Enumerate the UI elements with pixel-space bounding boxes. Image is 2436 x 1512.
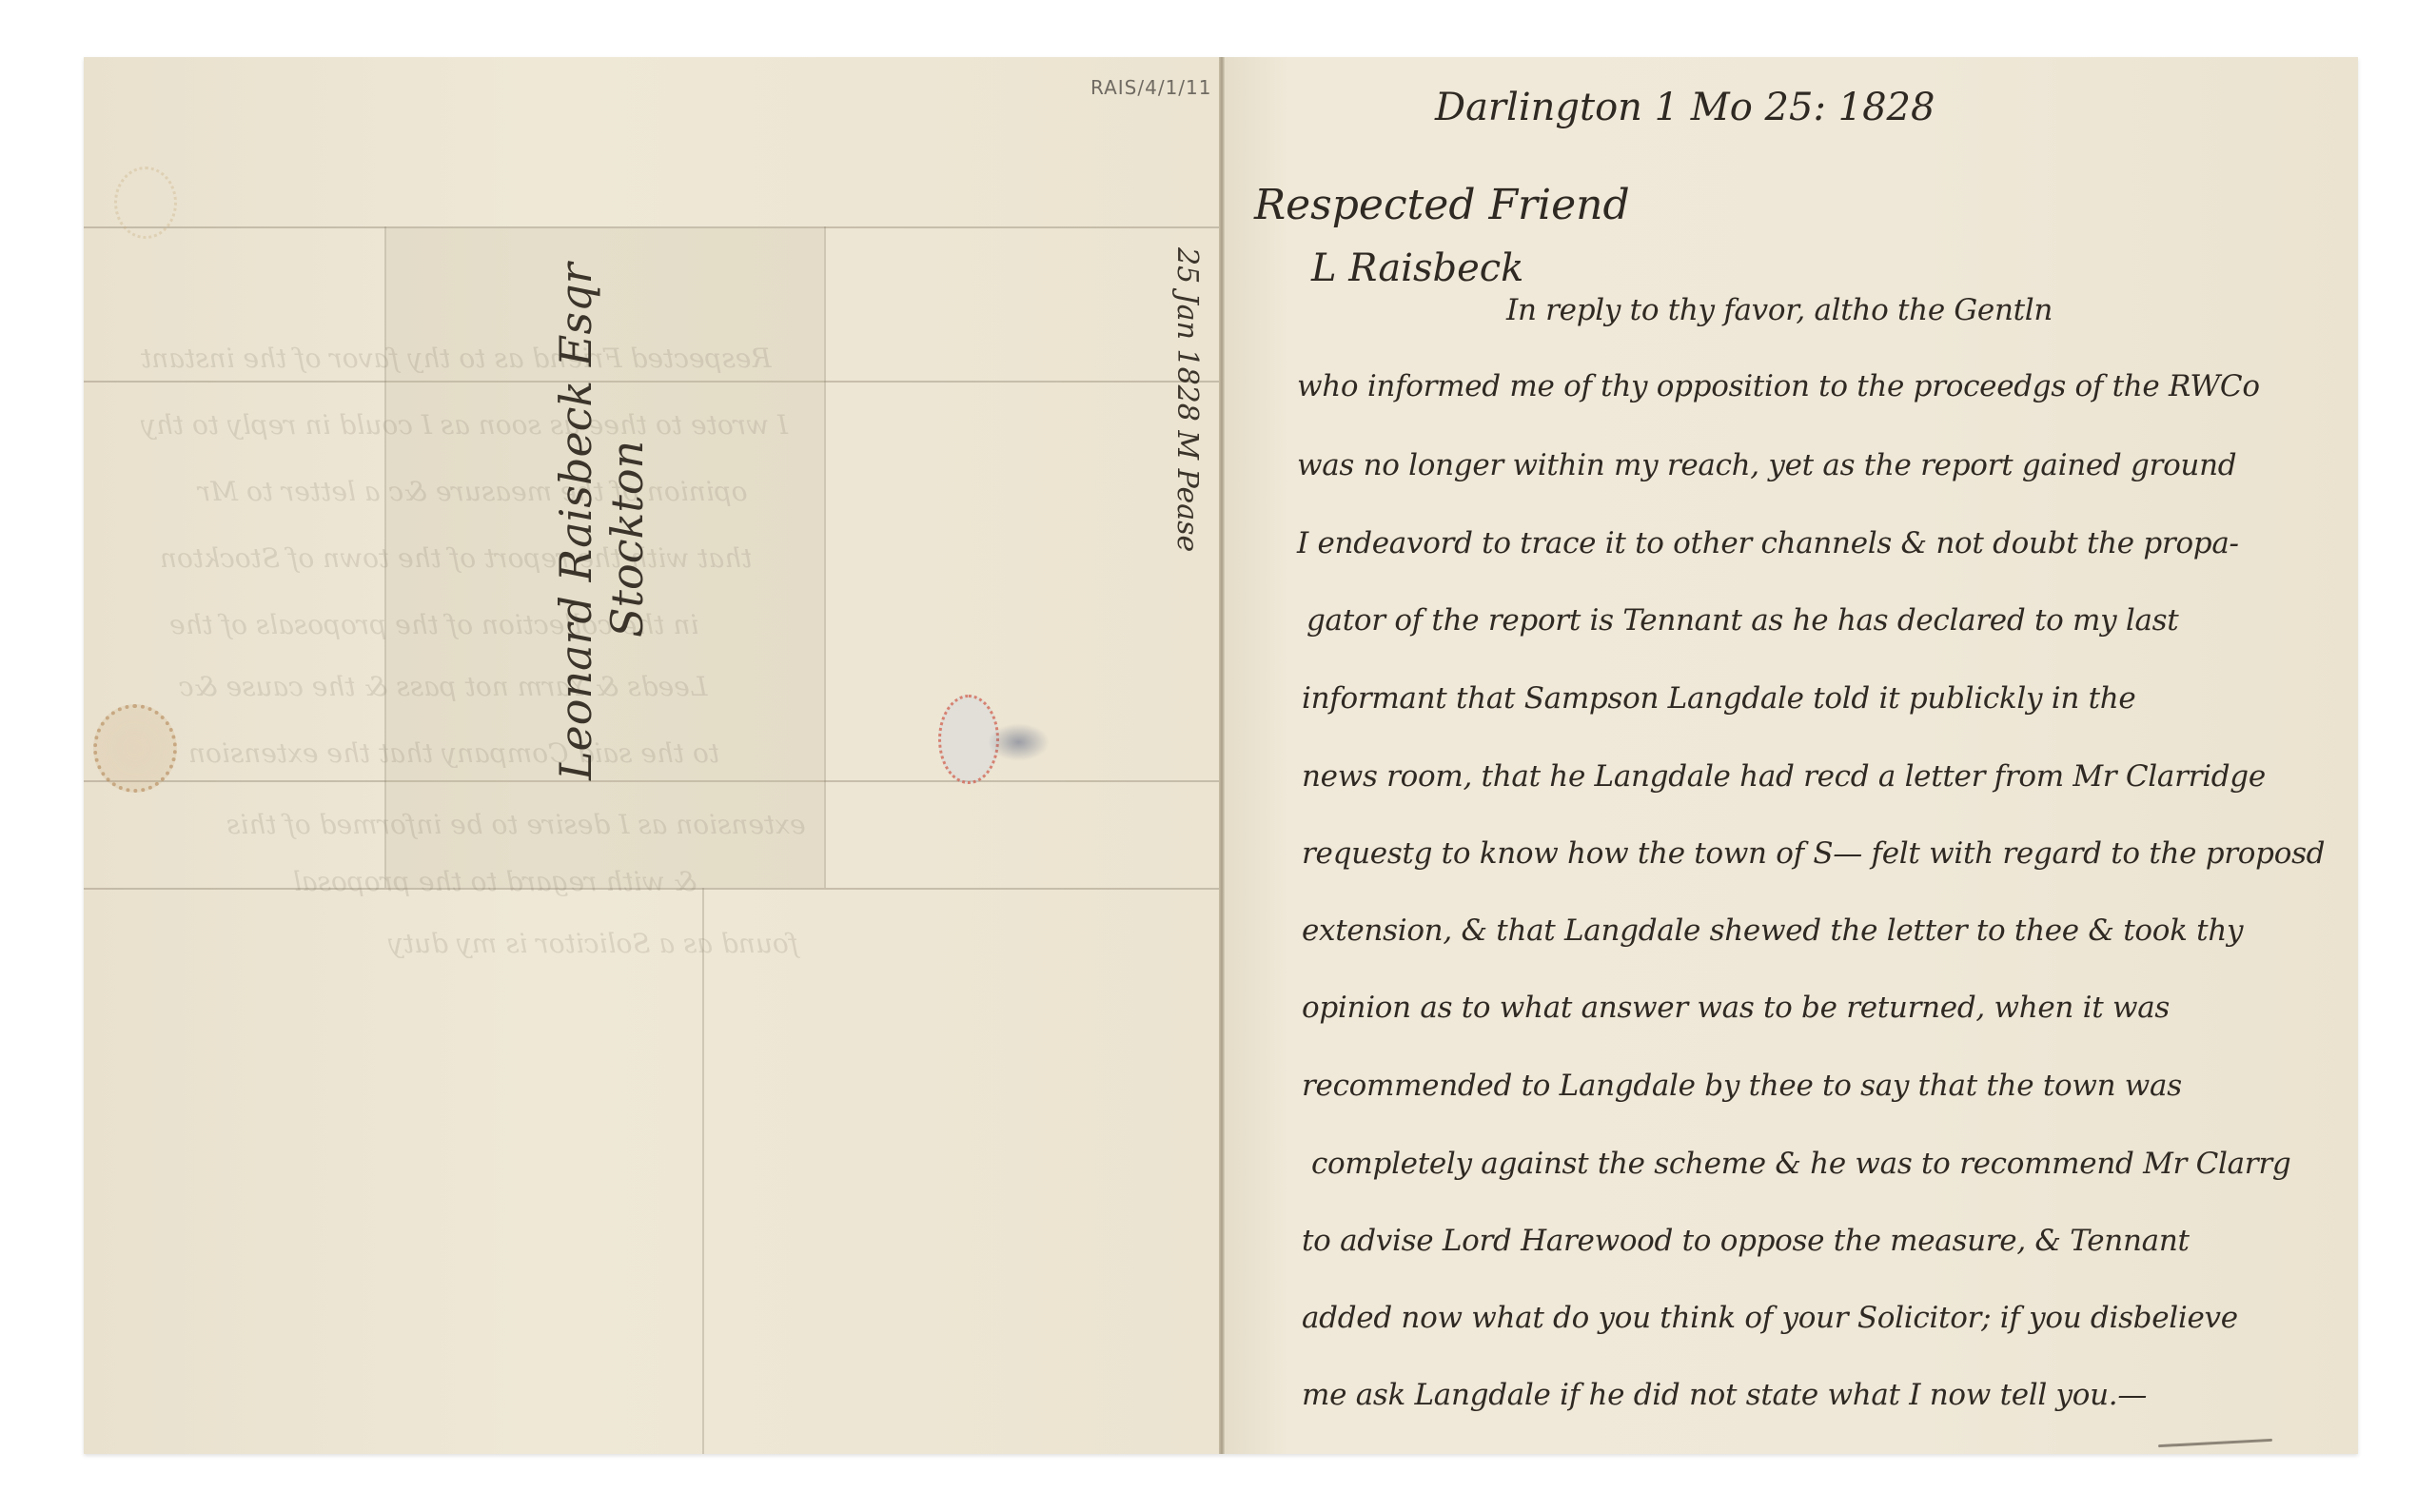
body-line: me ask Langdale if he did not state what… (1302, 1378, 2147, 1412)
body-line: opinion as to what answer was to be retu… (1302, 991, 2170, 1025)
addressee-name: L Raisbeck (1311, 246, 1630, 290)
address-recipient: Leonard Raisbeck Esqr (550, 263, 601, 780)
bleed-through-text: opinion of the measure &c a letter to Mr (198, 476, 748, 507)
fold-line (702, 888, 704, 1454)
page-spine (1219, 57, 1225, 1454)
archive-reference: RAIS/4/1/11 (1090, 76, 1211, 99)
body-line: I endeavord to trace it to other channel… (1297, 526, 2239, 560)
body-line: news room, that he Langdale had recd a l… (1302, 759, 2266, 794)
body-line: gator of the report is Tennant as he has… (1306, 603, 2178, 638)
letter-dateline: Darlington 1 Mo 25: 1828 (1435, 86, 1935, 129)
body-line: completely against the scheme & he was t… (1311, 1147, 2290, 1181)
letter-sheet: RAIS/4/1/11 Respected Friend as to thy f… (84, 57, 2358, 1454)
cover-page: RAIS/4/1/11 Respected Friend as to thy f… (84, 57, 1221, 1454)
body-line: who informed me of thy opposition to the… (1297, 369, 2260, 403)
docket-note: 25 Jan 1828 M Pease (1170, 247, 1204, 552)
body-line: was no longer within my reach, yet as th… (1297, 448, 2236, 482)
fold-line (824, 226, 826, 888)
address-town: Stockton (601, 263, 653, 638)
faint-postmark (114, 167, 177, 239)
brown-postmark (93, 704, 177, 793)
bleed-through-text: found as a Solicitor is my duty (388, 928, 798, 959)
body-line: to advise Lord Harewood to oppose the me… (1302, 1224, 2190, 1258)
body-line: In reply to thy favor, altho the Gentln (1506, 293, 2053, 327)
body-line: added now what do you think of your Soli… (1302, 1301, 2238, 1335)
body-line: informant that Sampson Langdale told it … (1302, 681, 2135, 716)
bleed-through-text: that with the report of the town of Stoc… (160, 542, 752, 574)
body-line: extension, & that Langdale shewed the le… (1302, 913, 2243, 948)
bleed-through-text: extension as I desire to be informed of … (226, 809, 806, 840)
salutation-text: Respected Friend (1254, 181, 1630, 229)
bleed-through-text: & with regard to the proposal (293, 866, 697, 897)
letter-salutation: Respected Friend L Raisbeck (1254, 181, 1630, 290)
bleed-through-text: I wrote to thee as soon as I could in re… (141, 409, 788, 441)
seal-smudge (988, 723, 1050, 761)
body-line: requestg to know how the town of S— felt… (1302, 836, 2325, 871)
body-line: recommended to Langdale by thee to say t… (1302, 1069, 2182, 1103)
cover-address: Leonard Raisbeck Esqr Stockton (550, 263, 653, 780)
bleed-through-text: Respected Friend as to thy favor of the … (141, 343, 772, 374)
